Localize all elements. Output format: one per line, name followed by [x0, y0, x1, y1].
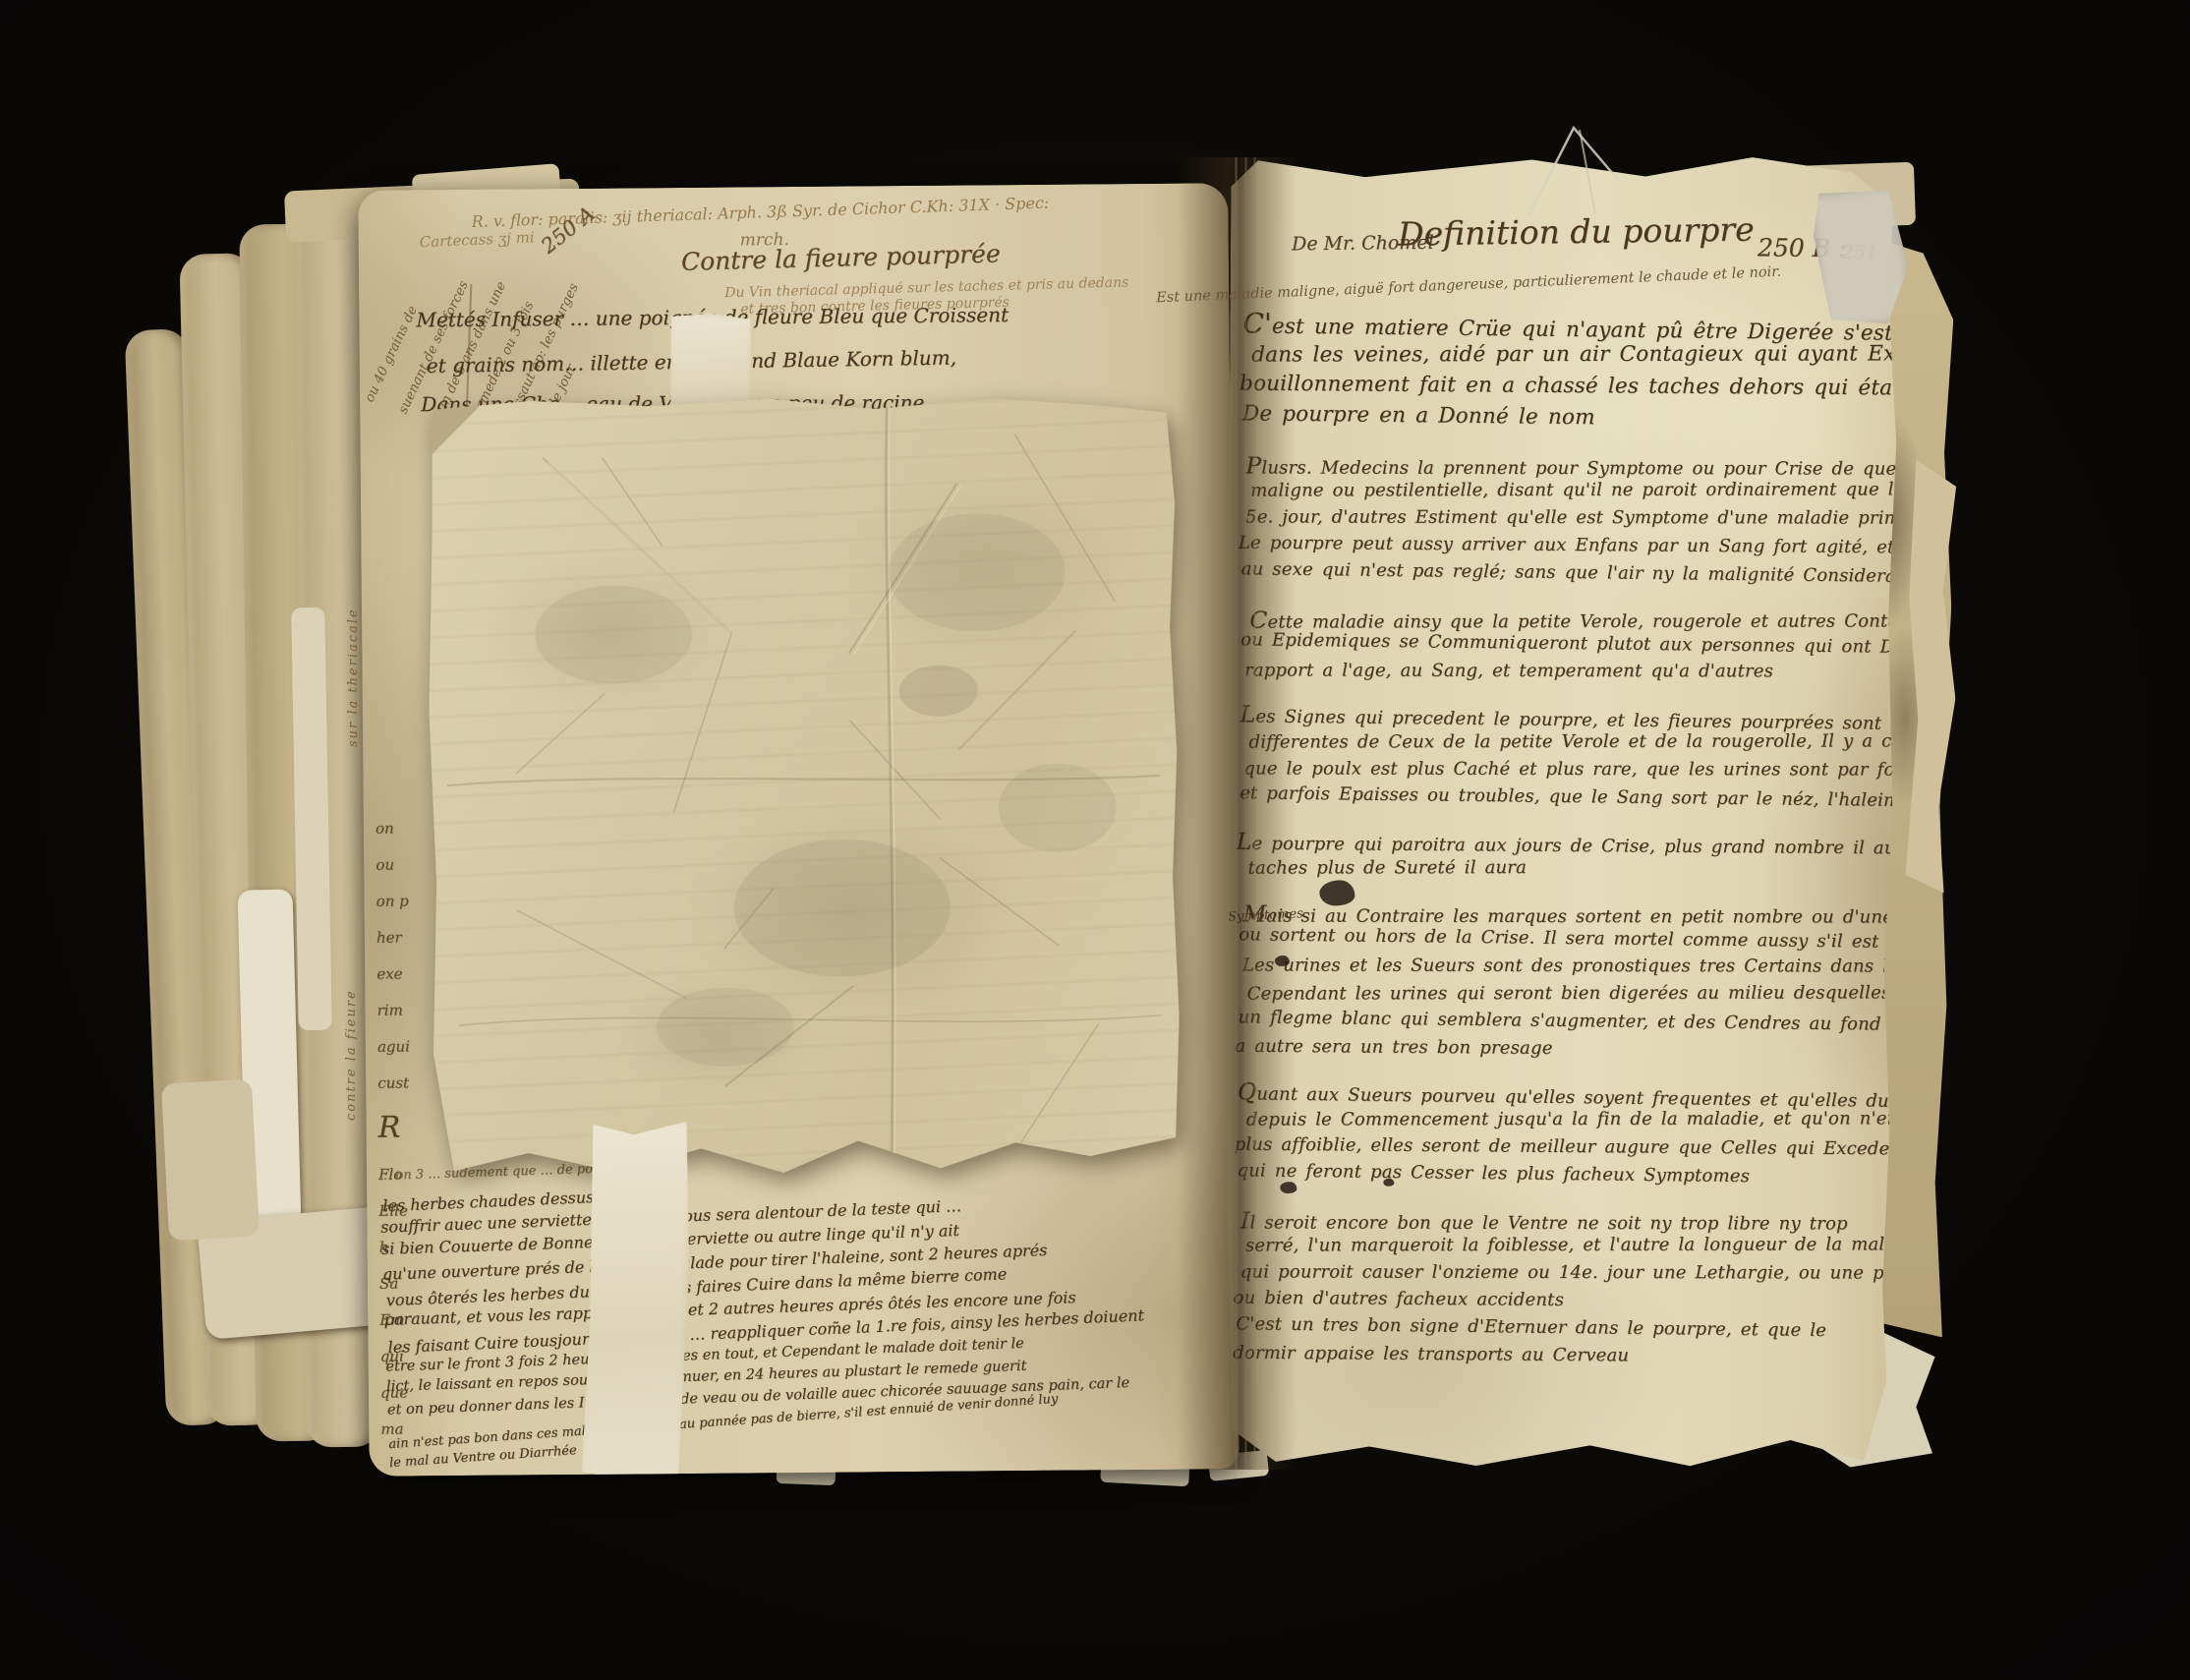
left-page: R. v. flor: paralis: ʒij theriacal: Arph…	[358, 183, 1239, 1477]
manuscript-line: qui pourroit causer l'onzieme ou 14e. jo…	[1240, 1261, 1897, 1290]
ink-blot	[1383, 1179, 1394, 1187]
spine-edge-note: contre la fieure	[344, 989, 359, 1121]
manuscript-line: et parfois Epaisses ou troubles, que le …	[1239, 782, 1896, 818]
manuscript-line: dans les veines, aidé par un air Contagi…	[1251, 341, 1908, 374]
pasted-crumpled-sheet	[425, 394, 1181, 1180]
manuscript-line: 5e. jour, d'autres Estiment qu'elle est …	[1245, 506, 1902, 535]
manuscript-line: Quant aux Sueurs pourveu qu'elles soyent…	[1238, 1077, 1894, 1113]
spine-edge-note: sur la theriacale	[346, 608, 361, 747]
blank-crumpled-paper	[425, 394, 1181, 1180]
binding-thread	[1519, 118, 1646, 226]
right-page-body: C'est une matiere Crüe qui n'ayant pû êt…	[1233, 309, 1897, 1375]
manuscript-line: que le poulx est plus Caché et plus rare…	[1243, 758, 1900, 786]
ink-blot	[1275, 956, 1290, 966]
manuscript-line: Il seroit encore bon que le Ventre ne so…	[1240, 1206, 1897, 1235]
manuscript-line: ou sortent ou hors de la Crise. Il sera …	[1239, 924, 1895, 959]
bottom-torn-flap	[161, 1079, 259, 1242]
manuscript-line: Les urines et les Sueurs sont des pronos…	[1242, 955, 1899, 983]
manuscript-line	[1243, 813, 1900, 830]
ink-blot	[1280, 1182, 1297, 1193]
manuscript-photograph: sur la theriacale contre la fieure R. v.…	[0, 0, 2190, 1680]
manuscript-line: Cependant les urines qui seront bien dig…	[1247, 982, 1904, 1011]
left-page-title: Contre la fieure pourprée	[681, 239, 1001, 275]
manuscript-line: Cette maladie ainsy que la petite Verole…	[1249, 605, 1906, 633]
manuscript-line: depuis le Commencement jusqu'a la fin de…	[1246, 1108, 1903, 1136]
manuscript-line: C'est une matiere Crüe qui n'ayant pû êt…	[1242, 307, 1899, 346]
manuscript-line: Le pourpre qui paroitra aux jours de Cri…	[1237, 828, 1893, 860]
manuscript-line: maligne ou pestilentielle, disant qu'il …	[1250, 479, 1907, 507]
left-bottom-text-block: … on 3 … sudement que … de pourp…les her…	[378, 1139, 1234, 1461]
repair-paper-strip-bottom	[577, 1119, 693, 1477]
right-page: De Mr. Chomel Definition du pourpre 250 …	[1222, 147, 1899, 1475]
manuscript-line: Plusrs. Medecins la prennent pour Sympto…	[1245, 451, 1902, 480]
crease-lines-graphic	[425, 394, 1181, 1180]
ink-blot	[1319, 880, 1354, 905]
manuscript-line: serré, l'un marqueroit la foiblesse, et …	[1245, 1234, 1902, 1262]
manuscript-line: ou Epidemiques se Communiqueront plutot …	[1240, 629, 1897, 665]
manuscript-line: rapport a l'age, au Sang, et temperament…	[1244, 660, 1901, 688]
manuscript-line: differentes de Ceux de la petite Verole …	[1248, 730, 1905, 759]
